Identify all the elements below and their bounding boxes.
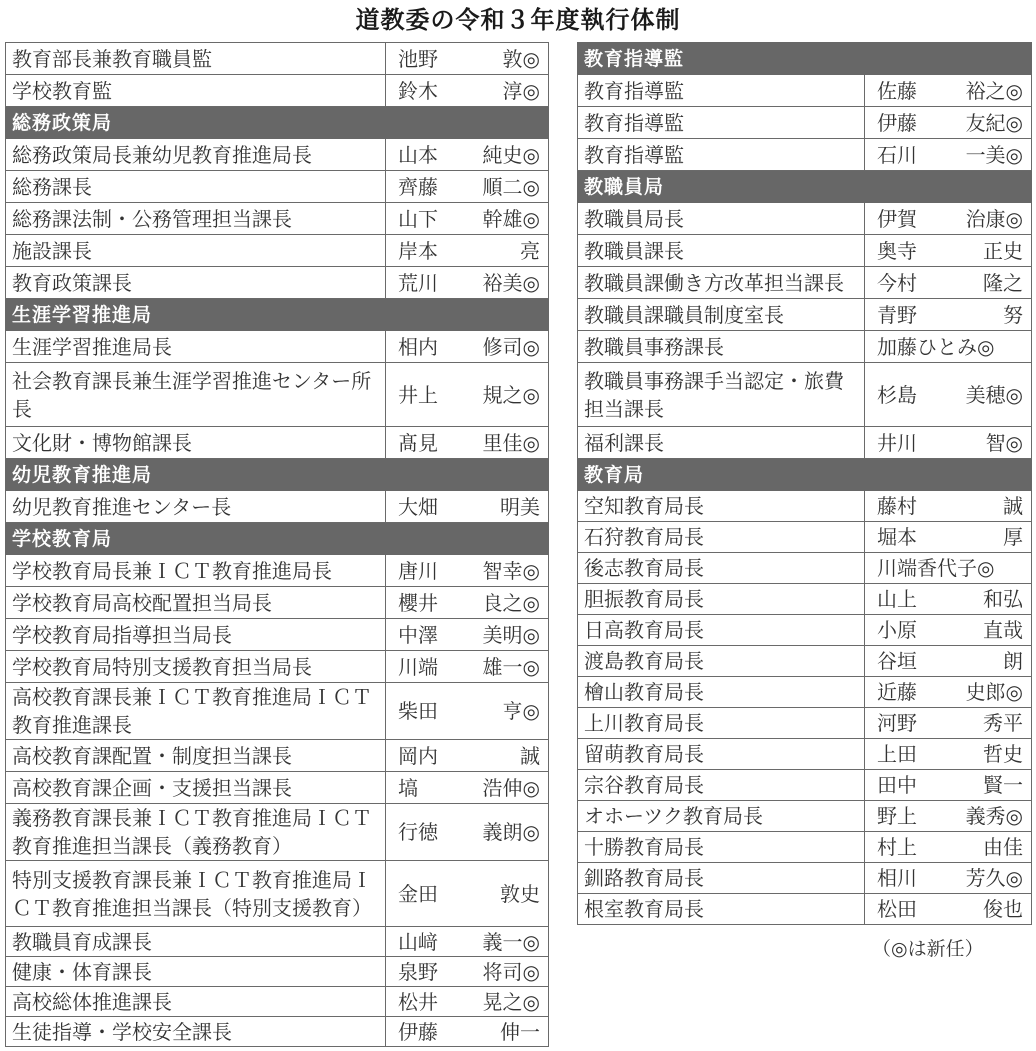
position-title: 胆振教育局長: [578, 584, 865, 615]
position-title: 総務政策局長兼幼児教育推進局長: [6, 139, 386, 171]
person-name: 伊藤伸一: [386, 1017, 549, 1047]
given-name: 由佳: [983, 834, 1023, 860]
person-name: 村上由佳: [865, 832, 1032, 863]
table-row: 教職員局長伊賀治康◎: [578, 203, 1032, 235]
person-name: 小原直哉: [865, 615, 1032, 646]
position-title: 生徒指導・学校安全課長: [6, 1017, 386, 1047]
given-name: 晃之◎: [483, 989, 540, 1015]
position-title: 石狩教育局長: [578, 522, 865, 553]
table-row: 高校教育課配置・制度担当課長岡内誠: [6, 740, 549, 772]
position-title: 総務課長: [6, 171, 386, 203]
person-name: 石川一美◎: [865, 139, 1032, 171]
table-row: 胆振教育局長山上和弘: [578, 584, 1032, 615]
person-name: 相内修司◎: [386, 331, 549, 363]
given-name: 誠: [1003, 493, 1023, 519]
table-row: 渡島教育局長谷垣朗: [578, 646, 1032, 677]
given-name: 厚: [1003, 524, 1023, 550]
table-row: 特別支援教育課長兼ＩＣＴ教育推進局ＩＣＴ教育推進担当課長（特別支援教育）金田敦史: [6, 861, 549, 927]
given-name: 直哉: [983, 617, 1023, 643]
position-title: 義務教育課長兼ＩＣＴ教育推進局ＩＣＴ教育推進担当課長（義務教育）: [6, 804, 386, 861]
position-title: 生涯学習推進局長: [6, 331, 386, 363]
right-roster-table: 教育指導監教育指導監佐藤裕之◎教育指導監伊藤友紀◎教育指導監石川一美◎教職員局教…: [577, 42, 1032, 925]
given-name: 哲史: [983, 741, 1023, 767]
given-name: 和弘: [983, 586, 1023, 612]
table-row: 福利課長井川智◎: [578, 427, 1032, 459]
person-name: 松田俊也: [865, 894, 1032, 925]
position-title: 渡島教育局長: [578, 646, 865, 677]
given-name: 賢一: [983, 772, 1023, 798]
table-row: 高校総体推進課長松井晃之◎: [6, 987, 549, 1017]
given-name: 治康◎: [966, 206, 1023, 232]
given-name: 敦◎: [503, 46, 540, 72]
given-name: 幹雄◎: [483, 206, 540, 232]
family-name: 井上: [398, 382, 438, 408]
person-name: 山下幹雄◎: [386, 203, 549, 235]
family-name: 岡内: [398, 743, 438, 769]
person-name: 岡内誠: [386, 740, 549, 772]
given-name: 亮: [520, 238, 540, 264]
section-header: 学校教育局: [6, 523, 549, 555]
family-name: 山本: [398, 142, 438, 168]
table-row: 学校教育監鈴木淳◎: [6, 75, 549, 107]
family-name: 相川: [877, 865, 917, 891]
given-name: 智◎: [986, 430, 1023, 456]
section-header: 教職員局: [578, 171, 1032, 203]
family-name: 山上: [877, 586, 917, 612]
given-name: 良之◎: [483, 590, 540, 616]
person-name: 山﨑義一◎: [386, 927, 549, 957]
family-name: 髙見: [398, 430, 438, 456]
section-header-label: 学校教育局: [6, 523, 549, 555]
person-name: 田中賢一: [865, 770, 1032, 801]
given-name: 順二◎: [483, 174, 540, 200]
table-row: 健康・体育課長泉野将司◎: [6, 957, 549, 987]
person-name: 池野敦◎: [386, 43, 549, 75]
person-name: 柴田亨◎: [386, 683, 549, 740]
section-header: 生涯学習推進局: [6, 299, 549, 331]
table-row: オホーツク教育局長野上義秀◎: [578, 801, 1032, 832]
person-name: 川端香代子◎: [865, 553, 1032, 584]
family-name: 中澤: [398, 622, 438, 648]
section-header-label: 総務政策局: [6, 107, 549, 139]
given-name: 里佳◎: [483, 430, 540, 456]
position-title: 幼児教育推進センター長: [6, 491, 386, 523]
person-name: 松井晃之◎: [386, 987, 549, 1017]
given-name: 義一◎: [483, 929, 540, 955]
table-row: 教育指導監佐藤裕之◎: [578, 75, 1032, 107]
family-name: 藤村: [877, 493, 917, 519]
given-name: 敦史: [500, 881, 540, 907]
position-title: 留萌教育局長: [578, 739, 865, 770]
person-name: 井上規之◎: [386, 363, 549, 427]
left-roster-table: 教育部長兼教育職員監池野敦◎学校教育監鈴木淳◎総務政策局総務政策局長兼幼児教育推…: [5, 42, 549, 1047]
family-name: 青野: [877, 302, 917, 328]
family-name: 杉島: [877, 382, 917, 408]
section-header: 教育局: [578, 459, 1032, 491]
family-name: 谷垣: [877, 648, 917, 674]
person-name: 青野努: [865, 299, 1032, 331]
family-name: 伊藤: [877, 110, 917, 136]
family-name: 河野: [877, 710, 917, 736]
family-name: 鈴木: [398, 78, 438, 104]
section-header-label: 教育局: [578, 459, 1032, 491]
given-name: 淳◎: [503, 78, 540, 104]
position-title: 教育指導監: [578, 139, 865, 171]
person-name: 谷垣朗: [865, 646, 1032, 677]
person-name: 櫻井良之◎: [386, 587, 549, 619]
given-name: 浩伸◎: [483, 775, 540, 801]
table-row: 上川教育局長河野秀平: [578, 708, 1032, 739]
person-name: 堀本厚: [865, 522, 1032, 553]
table-row: 十勝教育局長村上由佳: [578, 832, 1032, 863]
position-title: 福利課長: [578, 427, 865, 459]
table-row: 教職員事務課長加藤ひとみ◎: [578, 331, 1032, 363]
person-name: 伊賀治康◎: [865, 203, 1032, 235]
table-row: 釧路教育局長相川芳久◎: [578, 863, 1032, 894]
section-header-label: 幼児教育推進局: [6, 459, 549, 491]
section-header-label: 教育指導監: [578, 43, 1032, 75]
person-name: 奥寺正史: [865, 235, 1032, 267]
given-name: 智幸◎: [483, 558, 540, 584]
family-name: 近藤: [877, 679, 917, 705]
person-name: 川端雄一◎: [386, 651, 549, 683]
family-name: 齊藤: [398, 174, 438, 200]
table-row: 義務教育課長兼ＩＣＴ教育推進局ＩＣＴ教育推進担当課長（義務教育）行徳義朗◎: [6, 804, 549, 861]
family-name: 山﨑: [398, 929, 438, 955]
family-name: 今村: [877, 270, 917, 296]
position-title: 健康・体育課長: [6, 957, 386, 987]
person-name: 中澤美明◎: [386, 619, 549, 651]
table-row: 施設課長岸本亮: [6, 235, 549, 267]
table-row: 教職員育成課長山﨑義一◎: [6, 927, 549, 957]
person-name: 山本純史◎: [386, 139, 549, 171]
family-name: 上田: [877, 741, 917, 767]
person-name: 上田哲史: [865, 739, 1032, 770]
person-name: 藤村誠: [865, 491, 1032, 522]
table-row: 高校教育課企画・支援担当課長塙浩伸◎: [6, 772, 549, 804]
position-title: 十勝教育局長: [578, 832, 865, 863]
table-row: 根室教育局長松田俊也: [578, 894, 1032, 925]
person-name: 佐藤裕之◎: [865, 75, 1032, 107]
position-title: オホーツク教育局長: [578, 801, 865, 832]
table-row: 総務政策局長兼幼児教育推進局長山本純史◎: [6, 139, 549, 171]
position-title: 日高教育局長: [578, 615, 865, 646]
given-name: 裕之◎: [966, 78, 1023, 104]
given-name: 規之◎: [483, 382, 540, 408]
page-title: 道教委の令和３年度執行体制: [0, 4, 1036, 36]
person-name: 加藤ひとみ◎: [865, 331, 1032, 363]
family-name: 野上: [877, 803, 917, 829]
position-title: 総務課法制・公務管理担当課長: [6, 203, 386, 235]
person-name: 井川智◎: [865, 427, 1032, 459]
person-name: 伊藤友紀◎: [865, 107, 1032, 139]
position-title: 教育指導監: [578, 75, 865, 107]
person-name: 河野秀平: [865, 708, 1032, 739]
section-header: 幼児教育推進局: [6, 459, 549, 491]
person-name: 近藤史郎◎: [865, 677, 1032, 708]
position-title: 学校教育局特別支援教育担当局長: [6, 651, 386, 683]
family-name: 村上: [877, 834, 917, 860]
table-row: 後志教育局長川端香代子◎: [578, 553, 1032, 584]
position-title: 上川教育局長: [578, 708, 865, 739]
family-name: 奥寺: [877, 238, 917, 264]
given-name: 雄一◎: [483, 654, 540, 680]
position-title: 教育政策課長: [6, 267, 386, 299]
family-name: 大畑: [398, 494, 438, 520]
table-row: 文化財・博物館課長髙見里佳◎: [6, 427, 549, 459]
person-name: 荒川裕美◎: [386, 267, 549, 299]
family-name: 松井: [398, 989, 438, 1015]
person-name: 金田敦史: [386, 861, 549, 927]
table-row: 総務課長齊藤順二◎: [6, 171, 549, 203]
legend-note: （◎は新任）: [872, 936, 984, 962]
given-name: 誠: [520, 743, 540, 769]
position-title: 教育部長兼教育職員監: [6, 43, 386, 75]
given-name: 裕美◎: [483, 270, 540, 296]
family-name: 石川: [877, 142, 917, 168]
table-row: 教職員課職員制度室長青野努: [578, 299, 1032, 331]
family-name: 伊賀: [877, 206, 917, 232]
position-title: 学校教育監: [6, 75, 386, 107]
family-name: 金田: [398, 881, 438, 907]
table-row: 宗谷教育局長田中賢一: [578, 770, 1032, 801]
table-row: 教育指導監伊藤友紀◎: [578, 107, 1032, 139]
position-title: 教職員育成課長: [6, 927, 386, 957]
position-title: 教職員事務課手当認定・旅費担当課長: [578, 363, 865, 427]
table-row: 学校教育局長兼ＩＣＴ教育推進局長唐川智幸◎: [6, 555, 549, 587]
position-title: 釧路教育局長: [578, 863, 865, 894]
family-name: 泉野: [398, 959, 438, 985]
position-title: 社会教育課長兼生涯学習推進センター所長: [6, 363, 386, 427]
position-title: 高校教育課配置・制度担当課長: [6, 740, 386, 772]
position-title: 特別支援教育課長兼ＩＣＴ教育推進局ＩＣＴ教育推進担当課長（特別支援教育）: [6, 861, 386, 927]
given-name: 秀平: [983, 710, 1023, 736]
given-name: 修司◎: [483, 334, 540, 360]
family-name: 川端: [398, 654, 438, 680]
given-name: 隆之: [983, 270, 1023, 296]
section-header: 総務政策局: [6, 107, 549, 139]
given-name: 友紀◎: [966, 110, 1023, 136]
table-row: 総務課法制・公務管理担当課長山下幹雄◎: [6, 203, 549, 235]
section-header-label: 生涯学習推進局: [6, 299, 549, 331]
position-title: 高校教育課長兼ＩＣＴ教育推進局ＩＣＴ教育推進課長: [6, 683, 386, 740]
table-row: 教育指導監石川一美◎: [578, 139, 1032, 171]
table-row: 檜山教育局長近藤史郎◎: [578, 677, 1032, 708]
family-name: 行徳: [398, 819, 438, 845]
family-name: 荒川: [398, 270, 438, 296]
person-name: 塙浩伸◎: [386, 772, 549, 804]
family-name: 井川: [877, 430, 917, 456]
given-name: 義秀◎: [966, 803, 1023, 829]
table-row: 日高教育局長小原直哉: [578, 615, 1032, 646]
given-name: 亨◎: [503, 698, 540, 724]
table-row: 教職員課長奥寺正史: [578, 235, 1032, 267]
position-title: 教職員課職員制度室長: [578, 299, 865, 331]
family-name: 佐藤: [877, 78, 917, 104]
position-title: 学校教育局高校配置担当局長: [6, 587, 386, 619]
section-header-label: 教職員局: [578, 171, 1032, 203]
position-title: 教育指導監: [578, 107, 865, 139]
family-name: 小原: [877, 617, 917, 643]
person-name: 齊藤順二◎: [386, 171, 549, 203]
position-title: 文化財・博物館課長: [6, 427, 386, 459]
position-title: 学校教育局長兼ＩＣＴ教育推進局長: [6, 555, 386, 587]
table-row: 幼児教育推進センター長大畑明美: [6, 491, 549, 523]
family-name: 唐川: [398, 558, 438, 584]
person-name: 泉野将司◎: [386, 957, 549, 987]
given-name: 史郎◎: [966, 679, 1023, 705]
table-row: 石狩教育局長堀本厚: [578, 522, 1032, 553]
table-row: 学校教育局特別支援教育担当局長川端雄一◎: [6, 651, 549, 683]
family-name: 櫻井: [398, 590, 438, 616]
table-row: 学校教育局指導担当局長中澤美明◎: [6, 619, 549, 651]
position-title: 高校教育課企画・支援担当課長: [6, 772, 386, 804]
position-title: 宗谷教育局長: [578, 770, 865, 801]
given-name: 朗: [1003, 648, 1023, 674]
family-name: 松田: [877, 896, 917, 922]
family-name: 池野: [398, 46, 438, 72]
position-title: 教職員課長: [578, 235, 865, 267]
position-title: 学校教育局指導担当局長: [6, 619, 386, 651]
family-name: 塙: [398, 775, 418, 801]
position-title: 後志教育局長: [578, 553, 865, 584]
table-row: 生徒指導・学校安全課長伊藤伸一: [6, 1017, 549, 1047]
table-row: 教職員事務課手当認定・旅費担当課長杉島美穂◎: [578, 363, 1032, 427]
family-name: 山下: [398, 206, 438, 232]
given-name: 伸一: [500, 1019, 540, 1045]
person-name: 髙見里佳◎: [386, 427, 549, 459]
given-name: 明美: [500, 494, 540, 520]
given-name: 努: [1003, 302, 1023, 328]
given-name: 将司◎: [483, 959, 540, 985]
given-name: 芳久◎: [966, 865, 1023, 891]
family-name: 伊藤: [398, 1019, 438, 1045]
given-name: 俊也: [983, 896, 1023, 922]
position-title: 教職員事務課長: [578, 331, 865, 363]
person-name: 岸本亮: [386, 235, 549, 267]
person-name: 杉島美穂◎: [865, 363, 1032, 427]
person-name: 唐川智幸◎: [386, 555, 549, 587]
family-name: 柴田: [398, 698, 438, 724]
family-name: 堀本: [877, 524, 917, 550]
person-name: 今村隆之: [865, 267, 1032, 299]
given-name: 一美◎: [966, 142, 1023, 168]
person-name: 野上義秀◎: [865, 801, 1032, 832]
table-row: 教育部長兼教育職員監池野敦◎: [6, 43, 549, 75]
section-header: 教育指導監: [578, 43, 1032, 75]
table-row: 高校教育課長兼ＩＣＴ教育推進局ＩＣＴ教育推進課長柴田亨◎: [6, 683, 549, 740]
person-name: 大畑明美: [386, 491, 549, 523]
position-title: 施設課長: [6, 235, 386, 267]
table-row: 教育政策課長荒川裕美◎: [6, 267, 549, 299]
table-row: 留萌教育局長上田哲史: [578, 739, 1032, 770]
given-name: 純史◎: [483, 142, 540, 168]
position-title: 檜山教育局長: [578, 677, 865, 708]
table-row: 学校教育局高校配置担当局長櫻井良之◎: [6, 587, 549, 619]
table-row: 社会教育課長兼生涯学習推進センター所長井上規之◎: [6, 363, 549, 427]
given-name: 美明◎: [483, 622, 540, 648]
position-title: 教職員局長: [578, 203, 865, 235]
family-name: 加藤ひとみ◎: [877, 334, 994, 360]
position-title: 根室教育局長: [578, 894, 865, 925]
family-name: 田中: [877, 772, 917, 798]
position-title: 空知教育局長: [578, 491, 865, 522]
family-name: 相内: [398, 334, 438, 360]
person-name: 行徳義朗◎: [386, 804, 549, 861]
given-name: 正史: [983, 238, 1023, 264]
family-name: 岸本: [398, 238, 438, 264]
person-name: 鈴木淳◎: [386, 75, 549, 107]
person-name: 山上和弘: [865, 584, 1032, 615]
position-title: 教職員課働き方改革担当課長: [578, 267, 865, 299]
position-title: 高校総体推進課長: [6, 987, 386, 1017]
table-row: 生涯学習推進局長相内修司◎: [6, 331, 549, 363]
given-name: 義朗◎: [483, 819, 540, 845]
table-row: 空知教育局長藤村誠: [578, 491, 1032, 522]
table-row: 教職員課働き方改革担当課長今村隆之: [578, 267, 1032, 299]
family-name: 川端香代子◎: [877, 555, 994, 581]
person-name: 相川芳久◎: [865, 863, 1032, 894]
given-name: 美穂◎: [966, 382, 1023, 408]
